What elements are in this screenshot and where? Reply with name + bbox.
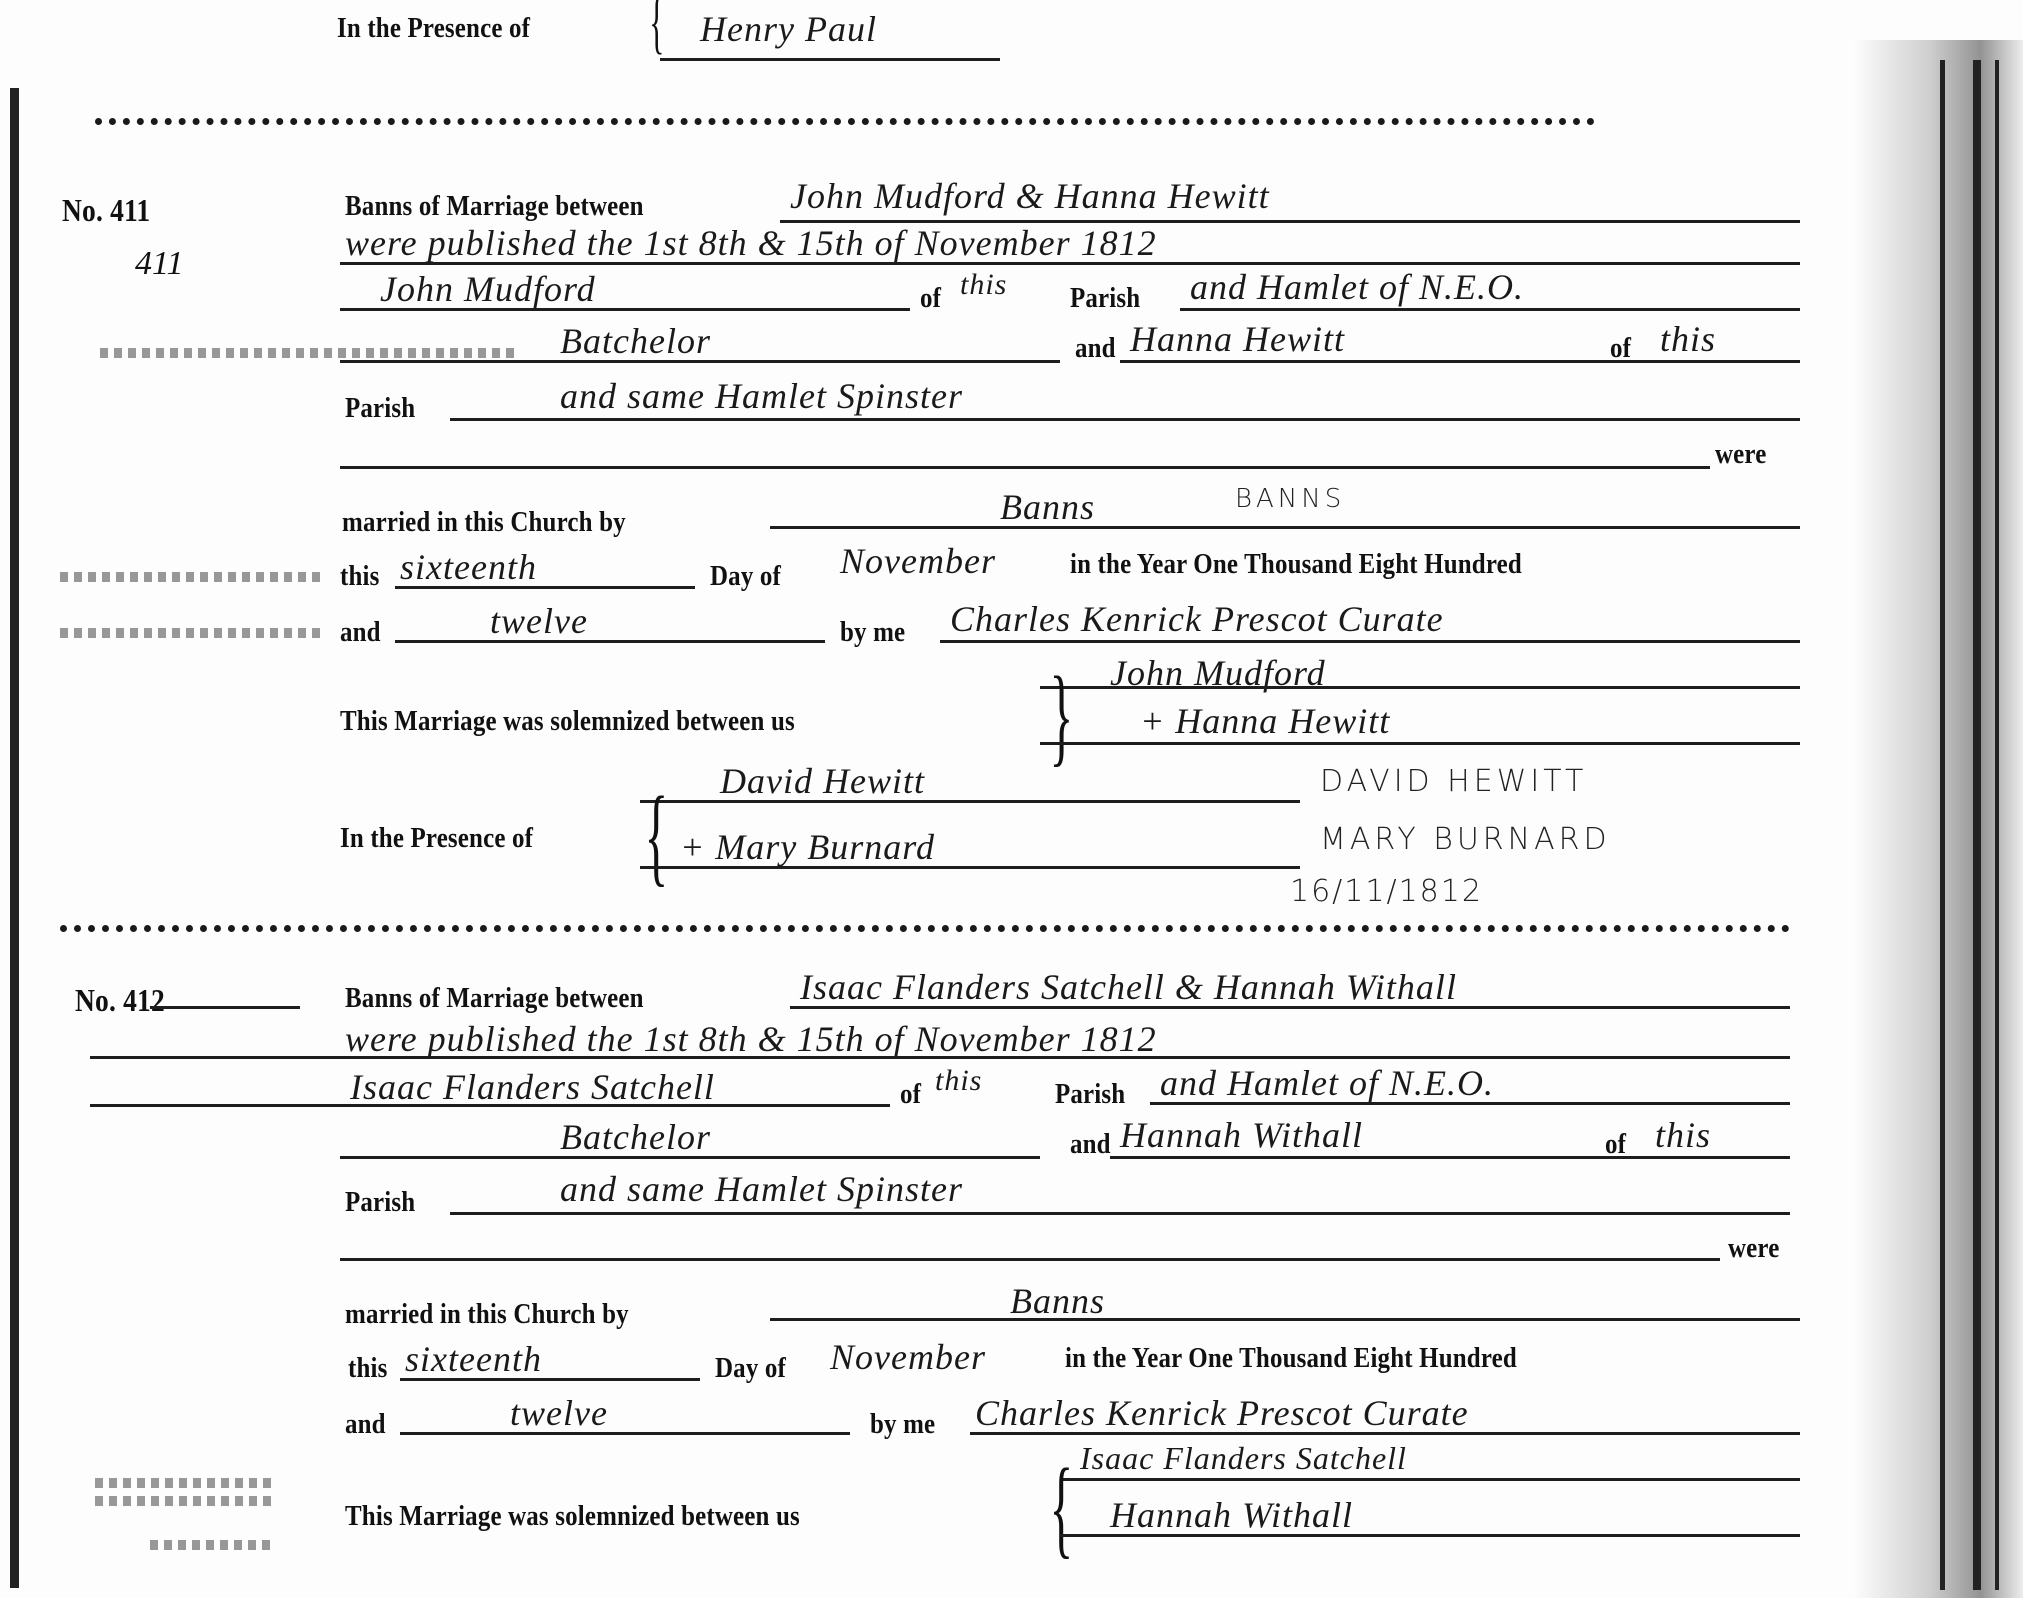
signature-bride: Hannah Withall [1110, 1494, 1353, 1536]
annotation-witness-2: MARY BURNARD [1320, 822, 1611, 857]
parish-label-2: Parish [345, 392, 415, 425]
and-label-2: and [345, 1408, 386, 1441]
banns-names: Isaac Flanders Satchell & Hannah Withall [800, 966, 1457, 1008]
rule [1110, 1156, 1790, 1159]
annotation-date: 16/11/1812 [1290, 874, 1483, 909]
bride-name: Hannah Withall [1120, 1114, 1363, 1156]
officiant: Charles Kenrick Prescot Curate [950, 598, 1444, 640]
of-value: this [935, 1064, 982, 1098]
rule [640, 800, 1300, 803]
rule [340, 308, 910, 311]
rule [940, 640, 1800, 643]
parish-label-2: Parish [345, 1186, 415, 1219]
register-page: In the Presence of { Henry Paul No. 411 … [0, 0, 2023, 1598]
solemnized-label: This Marriage was solemnized between us [345, 1500, 800, 1533]
published-text: were published the 1st 8th & 15th of Nov… [345, 222, 1157, 264]
binding-line [1995, 60, 1999, 1590]
entry-number-margin: 411 [135, 245, 183, 283]
of-value: this [960, 268, 1007, 302]
rule [660, 58, 1000, 61]
year-value: twelve [490, 600, 588, 642]
brace: { [645, 780, 669, 890]
were-label: were [1715, 438, 1766, 471]
rule [1120, 360, 1800, 363]
rule [1180, 308, 1800, 311]
groom-status: Batchelor [560, 320, 711, 362]
annotation-witness-1: DAVID HEWITT [1320, 764, 1587, 799]
binding-line [1973, 60, 1981, 1590]
rule [640, 866, 1300, 869]
rule [150, 1006, 300, 1009]
married-by: Banns [1010, 1280, 1105, 1322]
witness-1: David Hewitt [720, 760, 925, 802]
month-value: November [840, 540, 996, 582]
by-me-label: by me [840, 616, 905, 649]
signature-bride: + Hanna Hewitt [1140, 700, 1390, 742]
rule [340, 262, 1800, 265]
presence-label: In the Presence of [340, 822, 533, 855]
rule [1060, 1534, 1800, 1537]
day-value: sixteenth [405, 1338, 542, 1380]
rule [450, 418, 1800, 421]
were-label: were [1728, 1232, 1779, 1265]
entry-number-label: No. 412 [75, 982, 165, 1019]
rule [770, 1318, 1800, 1321]
signature-groom: Isaac Flanders Satchell [1080, 1440, 1407, 1477]
year-label: in the Year One Thousand Eight Hundred [1070, 548, 1522, 581]
parish-value-2: and same Hamlet Spinster [560, 1168, 963, 1210]
binding-line [1940, 60, 1945, 1590]
bride-name: Hanna Hewitt [1130, 318, 1345, 360]
parish-label: Parish [1055, 1078, 1125, 1111]
day-of-label: Day of [715, 1352, 786, 1385]
of-value-2: this [1655, 1114, 1711, 1156]
rule [1150, 1102, 1790, 1105]
officiant: Charles Kenrick Prescot Curate [975, 1392, 1469, 1434]
entry-separator [95, 118, 1595, 135]
of-label: of [900, 1078, 921, 1111]
this-label: this [340, 560, 380, 593]
rule [1060, 1478, 1800, 1481]
faded-margin-text [95, 1496, 275, 1506]
year-value: twelve [510, 1392, 608, 1434]
rule [340, 466, 1710, 469]
faded-margin-text [95, 1478, 275, 1488]
rule [400, 1378, 700, 1381]
rule [400, 1432, 850, 1435]
rule [1040, 742, 1800, 745]
rule [340, 1156, 1040, 1159]
faded-margin-text [150, 1540, 270, 1550]
witness-top: Henry Paul [700, 8, 877, 50]
married-annotation: BANNS [1235, 484, 1345, 514]
this-label: this [348, 1352, 388, 1385]
banns-label: Banns of Marriage between [345, 982, 644, 1015]
married-label: married in this Church by [345, 1298, 629, 1331]
entry-number-label: No. 411 [62, 192, 150, 229]
brace: { [1050, 1452, 1074, 1562]
brace: } [1050, 660, 1074, 770]
rule [450, 1212, 1790, 1215]
banns-names: John Mudford & Hanna Hewitt [790, 175, 1270, 217]
presence-label-top: In the Presence of [337, 12, 530, 45]
rule [395, 640, 825, 643]
rule [90, 1056, 1790, 1059]
rule [340, 1258, 1720, 1261]
parish-value-2: and same Hamlet Spinster [560, 375, 963, 417]
day-of-label: Day of [710, 560, 781, 593]
married-by: Banns [1000, 486, 1095, 528]
published-text: were published the 1st 8th & 15th of Nov… [345, 1018, 1157, 1060]
day-value: sixteenth [400, 546, 537, 588]
parish-label: Parish [1070, 282, 1140, 315]
witness-2: + Mary Burnard [680, 826, 935, 868]
and-label: and [1070, 1128, 1111, 1161]
groom-name: Isaac Flanders Satchell [350, 1066, 715, 1108]
parish-value: and Hamlet of N.E.O. [1160, 1062, 1494, 1104]
parish-value: and Hamlet of N.E.O. [1190, 266, 1524, 308]
rule [790, 1006, 1790, 1009]
faded-margin-text [60, 628, 320, 638]
page-left-edge [10, 88, 19, 1588]
rule [770, 526, 1800, 529]
groom-status: Batchelor [560, 1116, 711, 1158]
faded-margin-text [100, 348, 520, 358]
brace: { [649, 0, 664, 58]
rule [970, 1432, 1800, 1435]
and-label: and [1075, 332, 1116, 365]
rule [90, 1104, 890, 1107]
of-value-2: this [1660, 318, 1716, 360]
entry-separator [60, 925, 1790, 942]
faded-margin-text [60, 572, 320, 582]
year-label: in the Year One Thousand Eight Hundred [1065, 1342, 1517, 1375]
banns-label: Banns of Marriage between [345, 190, 644, 223]
married-label: married in this Church by [342, 506, 626, 539]
and-label-2: and [340, 616, 381, 649]
by-me-label: by me [870, 1408, 935, 1441]
rule [1040, 686, 1800, 689]
groom-name: John Mudford [380, 268, 596, 310]
rule [395, 586, 695, 589]
rule [340, 360, 1060, 363]
solemnized-label: This Marriage was solemnized between us [340, 705, 795, 738]
of-label: of [920, 282, 941, 315]
month-value: November [830, 1336, 986, 1378]
